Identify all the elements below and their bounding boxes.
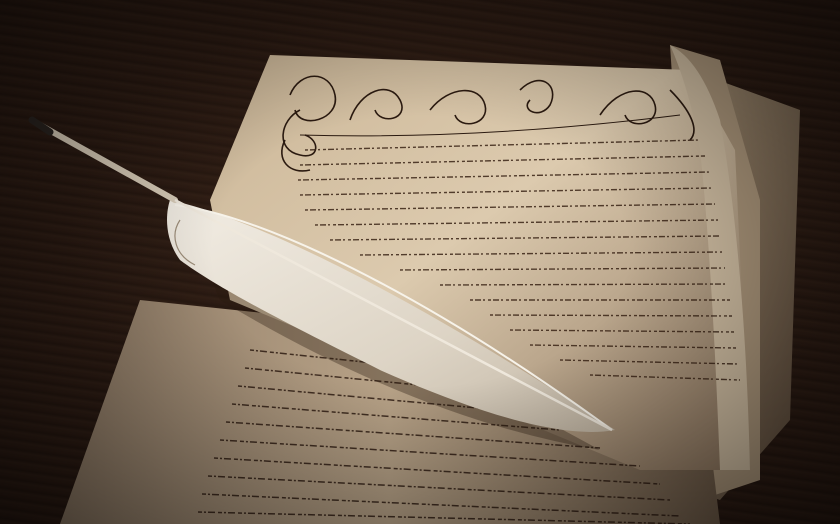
photo-scene: Wir Anton Günther Graf zu Oldenburg und … — [0, 0, 840, 524]
manuscript-illustration — [0, 0, 840, 524]
